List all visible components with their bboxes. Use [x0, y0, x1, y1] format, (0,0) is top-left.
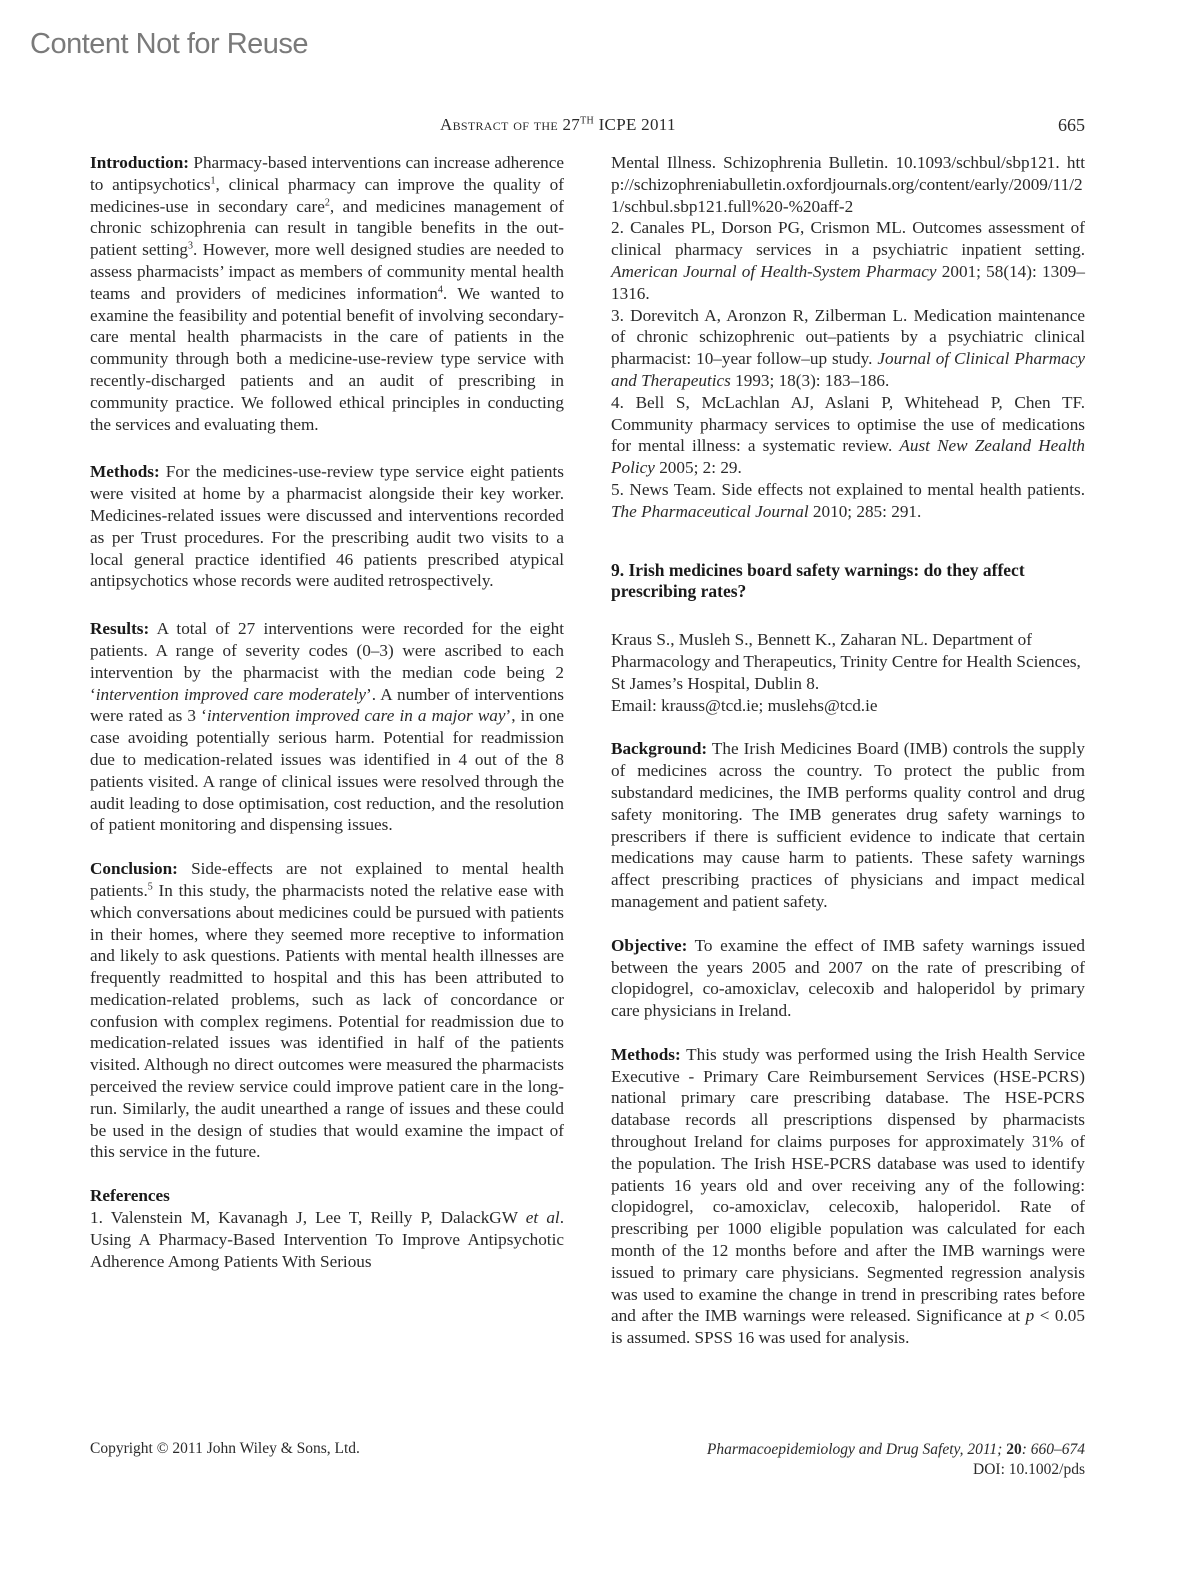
article-9-email: Email: krauss@tcd.ie; muslehs@tcd.ie — [611, 695, 1085, 717]
methods-9-label: Methods: — [611, 1045, 681, 1064]
italic-run: American Journal of Health-System Pharma… — [611, 262, 937, 281]
running-title-prefix: Abstract of the 27 — [440, 115, 580, 134]
copyright-notice: Copyright © 2011 John Wiley & Sons, Ltd. — [90, 1440, 360, 1458]
text-run: . We wanted to examine the feasibility a… — [90, 284, 564, 434]
running-title-sup: TH — [580, 115, 594, 126]
results-paragraph: Results: A total of 27 interventions wer… — [90, 618, 564, 836]
italic-run: p — [1026, 1306, 1035, 1325]
conclusion-paragraph: Conclusion: Side-effects are not explain… — [90, 858, 564, 1163]
conclusion-label: Conclusion: — [90, 859, 178, 878]
doi: DOI: 10.1002/pds — [707, 1460, 1085, 1480]
journal-citation: Pharmacoepidemiology and Drug Safety, 20… — [707, 1440, 1085, 1480]
text-run: 2005; 2: 29. — [655, 458, 742, 477]
background-paragraph: Background: The Irish Medicines Board (I… — [611, 738, 1085, 912]
reference-1-start: 1. Valenstein M, Kavanagh J, Lee T, Reil… — [90, 1207, 564, 1272]
italic-run: intervention improved care moderately — [96, 685, 366, 704]
reference-3: 3. Dorevitch A, Aronzon R, Zilberman L. … — [611, 305, 1085, 392]
introduction-paragraph: Introduction: Pharmacy-based interventio… — [90, 152, 564, 435]
background-label: Background: — [611, 739, 707, 758]
page-number: 665 — [1058, 115, 1085, 136]
left-column: Introduction: Pharmacy-based interventio… — [90, 152, 564, 1272]
article-9-authors: Kraus S., Musleh S., Bennett K., Zaharan… — [611, 629, 1085, 694]
text-run: For the medicines-use-review type servic… — [90, 462, 564, 590]
objective-label: Objective: — [611, 936, 687, 955]
italic-run: The Pharmaceutical Journal — [611, 502, 809, 521]
text-run: 5. News Team. Side effects not explained… — [611, 480, 1085, 499]
cite-volume: 20 — [1006, 1441, 1022, 1458]
running-head: Abstract of the 27TH ICPE 2011 665 — [90, 115, 1085, 139]
reference-2: 2. Canales PL, Dorson PG, Crismon ML. Ou… — [611, 217, 1085, 304]
reference-4: 4. Bell S, McLachlan AJ, Aslani P, White… — [611, 392, 1085, 479]
article-9-title: 9. Irish medicines board safety warnings… — [611, 560, 1085, 604]
right-column: Mental Illness. Schizophrenia Bulletin. … — [611, 152, 1085, 1349]
introduction-label: Introduction: — [90, 153, 189, 172]
methods-paragraph: Methods: For the medicines-use-review ty… — [90, 461, 564, 592]
running-title-suffix: ICPE 2011 — [594, 115, 676, 134]
reference-1-cont: Mental Illness. Schizophrenia Bulletin. … — [611, 152, 1085, 217]
journal-line: Pharmacoepidemiology and Drug Safety, 20… — [707, 1440, 1085, 1460]
methods-9-paragraph: Methods: This study was performed using … — [611, 1044, 1085, 1349]
cite-year: , 2011; — [960, 1441, 1007, 1458]
results-label: Results: — [90, 619, 149, 638]
text-run: This study was performed using the Irish… — [611, 1045, 1085, 1326]
references-heading: References — [90, 1185, 564, 1207]
text-run: In this study, the pharmacists noted the… — [90, 881, 564, 1162]
methods-label: Methods: — [90, 462, 160, 481]
cite-pages: : 660–674 — [1022, 1441, 1085, 1458]
objective-paragraph: Objective: To examine the effect of IMB … — [611, 935, 1085, 1022]
watermark: Content Not for Reuse — [30, 28, 308, 61]
italic-run: et al — [526, 1208, 560, 1227]
reference-5: 5. News Team. Side effects not explained… — [611, 479, 1085, 523]
italic-run: intervention improved care in a major wa… — [207, 706, 506, 725]
text-run: 1. Valenstein M, Kavanagh J, Lee T, Reil… — [90, 1208, 526, 1227]
text-run: 2. Canales PL, Dorson PG, Crismon ML. Ou… — [611, 218, 1085, 259]
text-run: 1993; 18(3): 183–186. — [731, 371, 890, 390]
text-run: 2010; 285: 291. — [809, 502, 922, 521]
journal-name: Pharmacoepidemiology and Drug Safety — [707, 1441, 960, 1458]
running-title: Abstract of the 27TH ICPE 2011 — [440, 115, 676, 135]
text-run: ’, in one case avoiding potentially seri… — [90, 706, 564, 834]
text-run: The Irish Medicines Board (IMB) controls… — [611, 739, 1085, 911]
